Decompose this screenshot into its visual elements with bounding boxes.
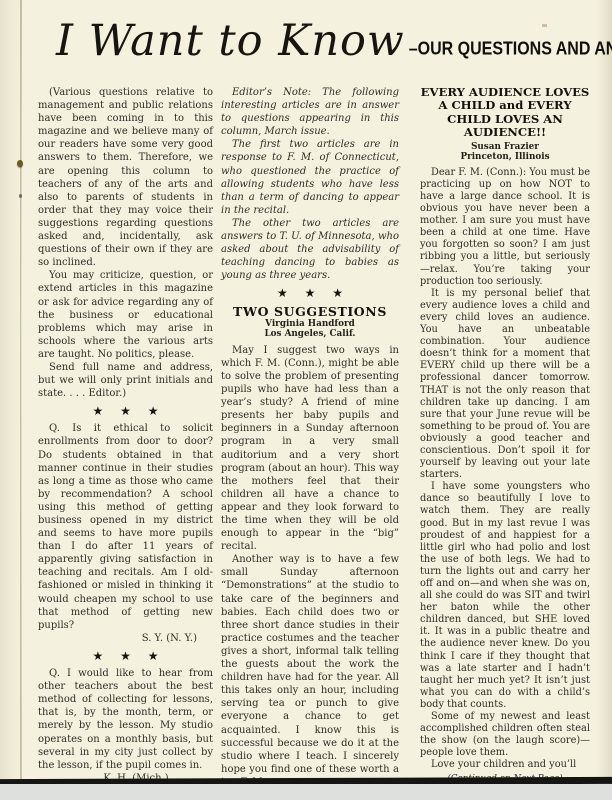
byline-location: Princeton, Illinois [420,152,590,163]
staple [17,160,23,167]
body-paragraph: Dear F. M. (Conn.): You must be practici… [420,167,590,288]
body-paragraph: Some of my newest and least accomplished… [420,711,590,759]
question-paragraph: Q. I would like to hear from other teach… [38,667,213,772]
binding-edge [0,0,21,800]
editors-note-paragraph: Editor’s Note: The following interesting… [221,86,399,138]
masthead: I Want to Know –OUR QUESTIONS AND ANSWER… [56,16,612,66]
staple [19,194,22,198]
star-separator: ★ ★ ★ [38,650,213,663]
body-paragraph: Another way is to have a few small Sunda… [221,553,399,789]
column-left: (Various questions relative to managemen… [38,86,213,789]
editors-note-paragraph: The first two articles are in response t… [221,138,399,217]
magazine-page: I Want to Know –OUR QUESTIONS AND ANSWER… [0,0,612,800]
intro-paragraph: Send full name and address, but we will … [38,361,213,400]
body-paragraph: I have some youngsters who dance so beau… [420,481,590,711]
page-title-caps: –OUR QUESTIONS AND ANSWERS CORNER [409,39,612,60]
article-heading: EVERY AUDIENCE LOVES A CHILD and EVERY C… [420,86,590,140]
column-middle: Editor’s Note: The following interesting… [221,86,399,789]
column-right: EVERY AUDIENCE LOVES A CHILD and EVERY C… [420,86,590,789]
intro-paragraph: You may criticize, question, or extend a… [38,269,213,361]
byline-block: Susan Frazier Princeton, Illinois [420,142,590,163]
star-separator: ★ ★ ★ [221,287,399,300]
body-paragraph: It is my personal belief that every audi… [420,288,590,482]
binding-crease [21,0,22,800]
page-title-script: I Want to Know [56,16,405,66]
star-separator: ★ ★ ★ [38,405,213,418]
page-edge-shadow [596,0,612,800]
article-heading: TWO SUGGESTIONS [221,305,399,318]
body-paragraph: May I suggest two ways in which F. M. (C… [221,344,399,554]
body-paragraph: Love your children and you’ll [420,759,590,771]
byline-name: Susan Frazier [420,142,590,153]
byline-block: Virginia Handford Los Angeles, Calif. [221,319,399,340]
signature: S. Y. (N. Y.) [38,632,213,645]
columns: (Various questions relative to managemen… [38,86,590,789]
question-paragraph: Q. Is it ethical to solicit enrollments … [38,422,213,632]
scan-background [0,784,612,800]
editors-note-paragraph: The other two articles are answers to T.… [221,217,399,282]
intro-paragraph: (Various questions relative to managemen… [38,86,213,269]
byline-location: Los Angeles, Calif. [221,329,399,340]
byline-name: Virginia Handford [221,319,399,330]
